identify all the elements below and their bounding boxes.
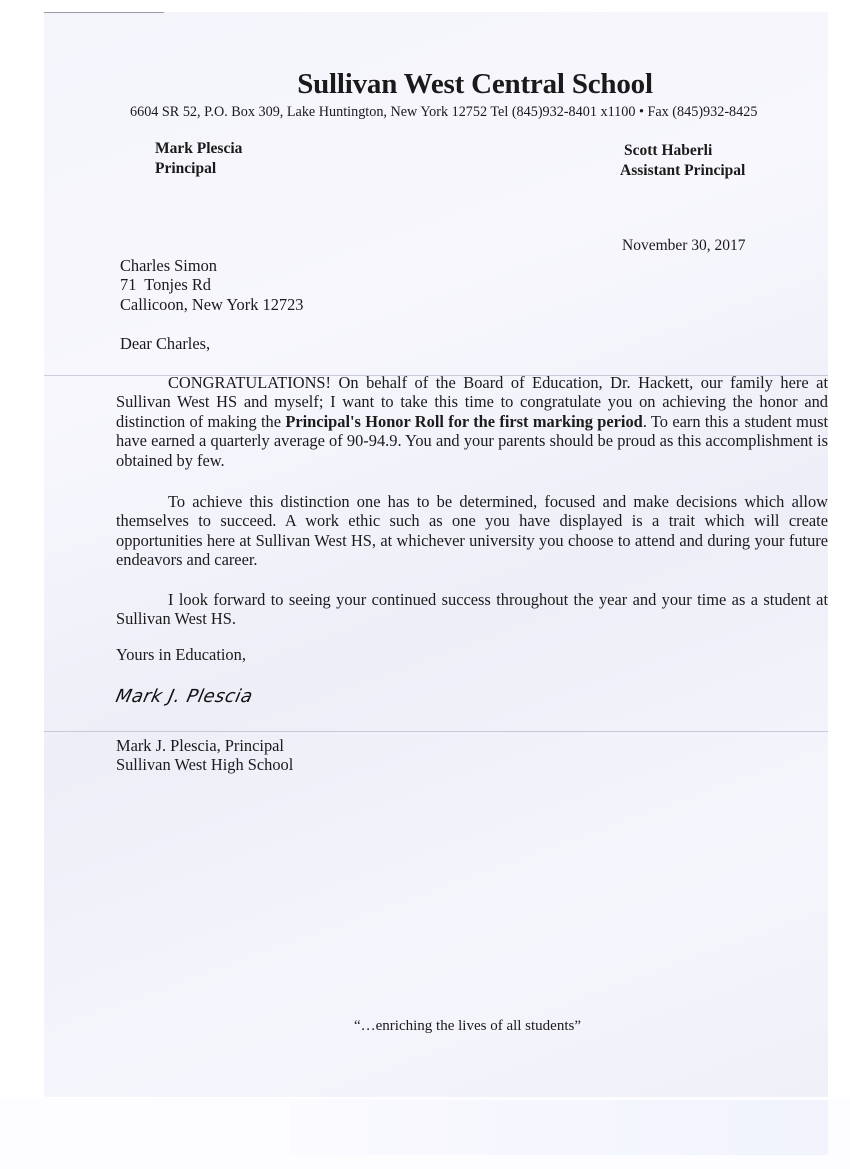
closing: Yours in Education, — [116, 645, 246, 664]
fold-line — [44, 731, 828, 732]
principal-title: Principal — [155, 159, 242, 179]
signer-school: Sullivan West High School — [116, 755, 293, 774]
recipient-name: Charles Simon — [120, 256, 303, 275]
recipient-address: Charles Simon 71 Tonjes Rd Callicoon, Ne… — [120, 256, 303, 314]
signer-name-title: Mark J. Plescia, Principal — [116, 736, 293, 755]
recipient-city: Callicoon, New York 12723 — [120, 295, 303, 314]
assistant-principal-block: Scott Haberli Assistant Principal — [620, 141, 745, 181]
recipient-street: 71 Tonjes Rd — [120, 275, 303, 294]
principal-name: Mark Plescia — [155, 139, 242, 159]
paragraph-distinction: To achieve this distinction one has to b… — [116, 492, 828, 570]
footer-motto: “…enriching the lives of all students” — [0, 1018, 850, 1035]
paragraph-forward: I look forward to seeing your continued … — [116, 590, 828, 629]
scanner-margin-shade — [290, 1100, 828, 1155]
signature: Mark J. Plescia — [114, 686, 255, 707]
letter-date: November 30, 2017 — [622, 237, 746, 255]
signer-block: Mark J. Plescia, Principal Sullivan West… — [116, 736, 293, 775]
assistant-principal-name: Scott Haberli — [620, 141, 745, 161]
paragraph-congratulations: CONGRATULATIONS! On behalf of the Board … — [116, 373, 828, 470]
principal-block: Mark Plescia Principal — [155, 139, 242, 179]
page-edge — [44, 12, 164, 13]
salutation: Dear Charles, — [120, 334, 210, 353]
school-name: Sullivan West Central School — [0, 68, 850, 101]
school-address: 6604 SR 52, P.O. Box 309, Lake Huntingto… — [130, 104, 757, 121]
honor-roll-highlight: Principal's Honor Roll for the first mar… — [285, 412, 642, 431]
assistant-principal-title: Assistant Principal — [620, 161, 745, 181]
